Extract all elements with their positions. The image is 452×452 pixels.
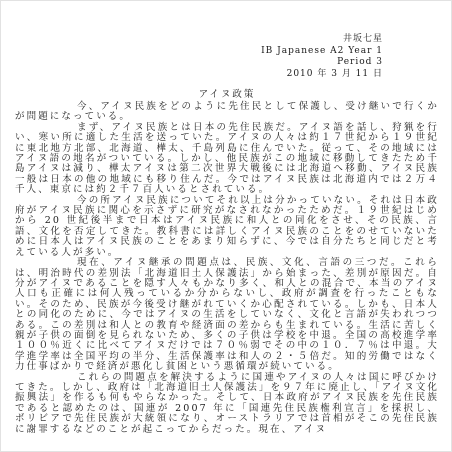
essay-title: アイヌ政策 bbox=[15, 86, 439, 100]
document-page: 井坂七星 IB Japanese A2 Year 1 Period 3 2010… bbox=[0, 0, 452, 452]
date-label: 2010 年 3 月 11 日 bbox=[15, 69, 383, 81]
essay-paragraph: まず、アイヌ民族とは日本の先住民族だ。アイヌ語を話し、狩猟を行い、寒い所に適した… bbox=[15, 123, 439, 196]
course-name: IB Japanese A2 Year 1 bbox=[15, 46, 383, 58]
essay-paragraph: 現在、アイヌ継承の問題点は、民族、文化、言語の三つだ。これらは、明治時代の差別法… bbox=[15, 258, 439, 372]
essay-paragraph: 今、アイヌ民族をどのように先住民として保護し、受け継いで行くかが問題になっている… bbox=[15, 102, 439, 123]
author-name: 井坂七星 bbox=[15, 34, 383, 46]
period-label: Period 3 bbox=[15, 57, 383, 69]
essay-paragraph: これらの問題点を解決するように国連やアイヌの人々は国に呼びかけてきた。しかし、政… bbox=[15, 373, 439, 435]
document-header: 井坂七星 IB Japanese A2 Year 1 Period 3 2010… bbox=[15, 34, 439, 80]
essay-body: 今、アイヌ民族をどのように先住民として保護し、受け継いで行くかが問題になっている… bbox=[15, 102, 439, 435]
essay-paragraph: 今の所アイヌ民族についてそれ以上は分かっていない。それは日本政府がアイヌ民族に関… bbox=[15, 196, 439, 258]
